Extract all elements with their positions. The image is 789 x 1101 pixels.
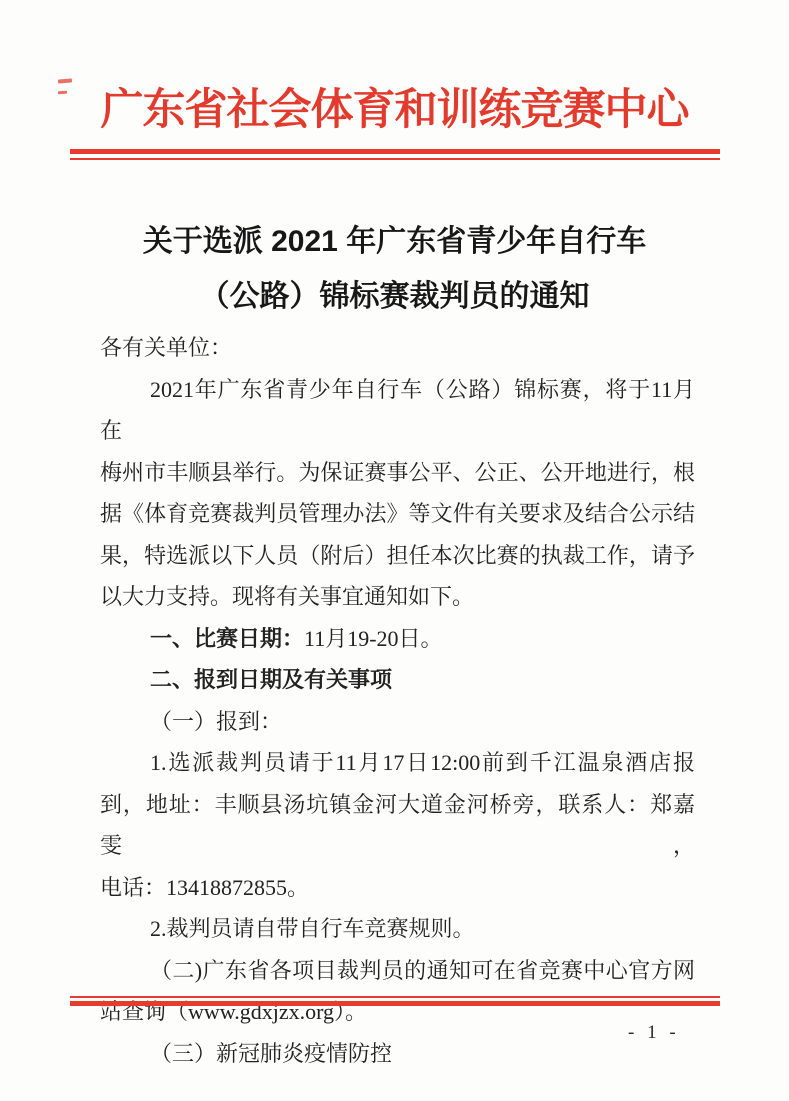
subsection-line: （一）报到： bbox=[100, 701, 695, 743]
page-number: - 1 - bbox=[628, 1022, 680, 1044]
document-title-line-1: 关于选派 2021 年广东省青少年自行车 bbox=[0, 214, 789, 269]
document-title: 关于选派 2021 年广东省青少年自行车 （公路）锦标赛裁判员的通知 bbox=[0, 214, 789, 324]
salutation-line: 各有关单位： bbox=[100, 327, 695, 369]
footer-rule-thick bbox=[70, 1001, 720, 1006]
letterhead-rule-thick bbox=[70, 149, 720, 154]
footer-rule-thin bbox=[70, 996, 720, 998]
subsection-line: （三）新冠肺炎疫情防控 bbox=[100, 1033, 695, 1075]
text-line: 据《体育竞赛裁判员管理办法》等文件有关要求及结合公示结 bbox=[100, 493, 695, 535]
letterhead-rule-thin bbox=[70, 158, 720, 160]
section-2-heading: 二、报到日期及有关事项 bbox=[100, 659, 695, 701]
notice-body: 各有关单位： 2021年广东省青少年自行车（公路）锦标赛，将于11月在 梅州市丰… bbox=[100, 327, 695, 1074]
text-line: 到，地址：丰顺县汤坑镇金河大道金河桥旁，联系人：郑嘉雯， bbox=[100, 784, 695, 867]
text-line: （二)广东省各项目裁判员的通知可在省竞赛中心官方网 bbox=[100, 950, 695, 992]
section-1-heading: 一、比赛日期： bbox=[150, 626, 304, 651]
letterhead-org-name: 广东省社会体育和训练竞赛中心 bbox=[0, 76, 789, 137]
text-line: 以大力支持。现将有关事宜通知如下。 bbox=[100, 576, 695, 618]
text-line: 1.选派裁判员请于11月17日12:00前到千江温泉酒店报 bbox=[100, 742, 695, 784]
text-line: 梅州市丰顺县举行。为保证赛事公平、公正、公开地进行，根 bbox=[100, 452, 695, 494]
text-line: 2021年广东省青少年自行车（公路）锦标赛，将于11月在 bbox=[100, 369, 695, 452]
document-title-line-2: （公路）锦标赛裁判员的通知 bbox=[0, 269, 789, 324]
phone-line: 电话：13418872855。 bbox=[100, 867, 695, 909]
section-1-line: 一、比赛日期：11月19-20日。 bbox=[100, 618, 695, 660]
text-line: 2.裁判员请自带自行车竞赛规则。 bbox=[100, 908, 695, 950]
text-line: 果，特选派以下人员（附后）担任本次比赛的执裁工作，请予 bbox=[100, 535, 695, 577]
section-1-value: 11月19-20日。 bbox=[304, 626, 443, 651]
scanned-notice-page: 广东省社会体育和训练竞赛中心 关于选派 2021 年广东省青少年自行车 （公路）… bbox=[0, 0, 789, 1101]
